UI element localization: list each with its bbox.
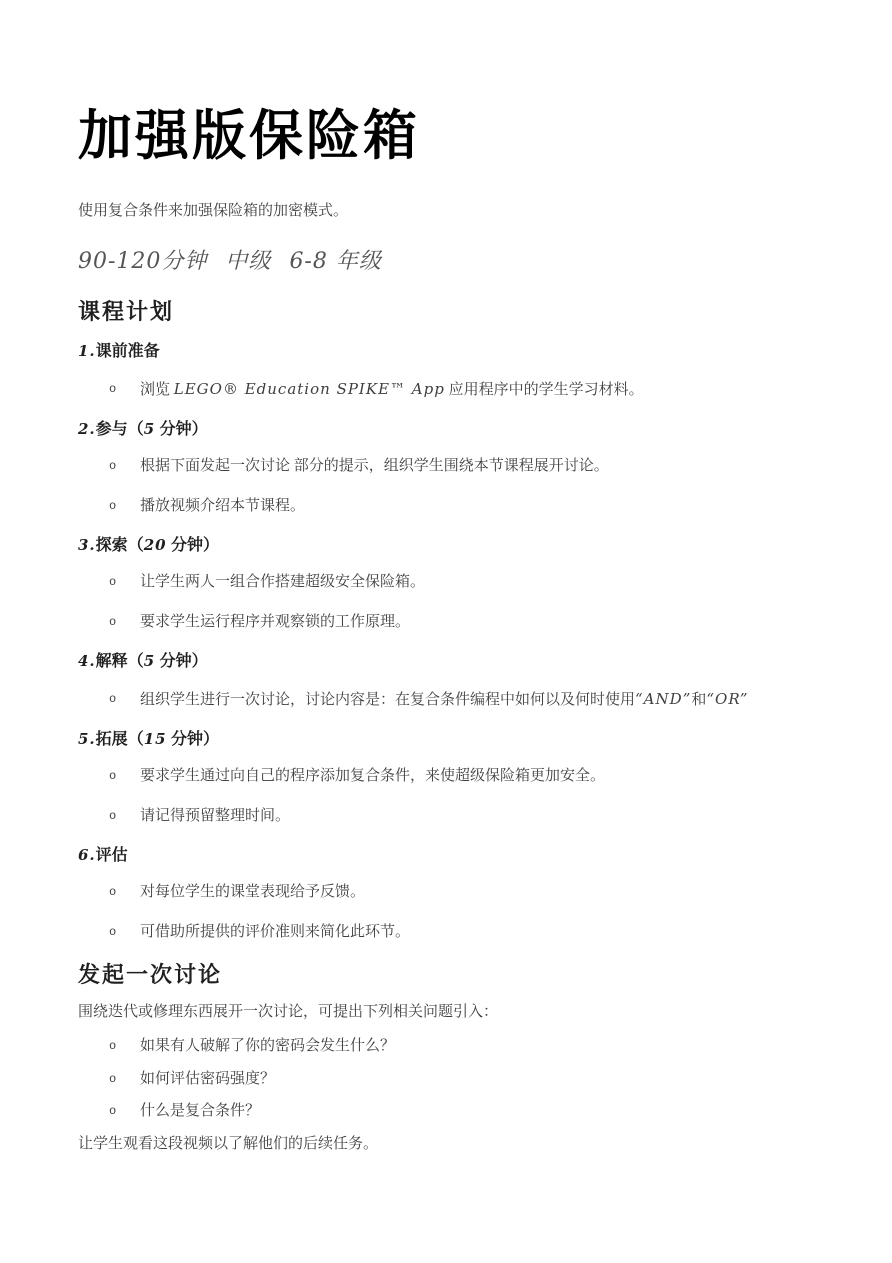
discussion-intro: 围绕迭代或修理东西展开一次讨论，可提出下列相关问题引入： (78, 1003, 814, 1023)
bullet-text: 可借助所提供的评价准则来简化此环节。 (140, 923, 814, 943)
lesson-step-1: 1.课前准备 o浏览 LEGO® Education SPIKE™ App 应用… (78, 342, 814, 400)
step-number: 6. (78, 846, 96, 864)
keyword-or: “OR” (706, 690, 748, 708)
bullet-text: 浏览 LEGO® Education SPIKE™ App 应用程序中的学生学习… (140, 380, 814, 401)
bullet-marker: o (78, 613, 140, 633)
bullet-item: o组织学生进行一次讨论，讨论内容是：在复合条件编程中如何以及何时使用“AND”和… (78, 690, 814, 711)
lesson-meta: 90-120分钟中级6-8 年级 (78, 244, 814, 275)
lesson-step-6: 6.评估 o对每位学生的课堂表现给予反馈。 o可借助所提供的评价准则来简化此环节… (78, 846, 814, 942)
lesson-step-5: 5.拓展（15 分钟） o要求学生通过向自己的程序添加复合条件，来使超级保险箱更… (78, 730, 814, 826)
bullet-marker: o (78, 690, 140, 711)
meta-duration: 90-120分钟 (78, 249, 207, 274)
bullet-text: 根据下面发起一次讨论 部分的提示，组织学生围绕本节课程展开讨论。 (140, 457, 814, 477)
step-label: 课前准备 (96, 343, 160, 360)
bullet-item: o对每位学生的课堂表现给予反馈。 (78, 883, 814, 903)
step-title: 2.参与（5 分钟） (78, 420, 814, 439)
bullet-marker: o (78, 497, 140, 517)
bullet-text: 要求学生运行程序并观察锁的工作原理。 (140, 613, 814, 633)
bullet-marker: o (78, 457, 140, 477)
step-label: 拓展 (96, 731, 128, 748)
bullet-marker: o (78, 1037, 140, 1057)
meta-level: 中级 (225, 249, 271, 274)
step-number: 3. (78, 536, 96, 554)
step-number: 2. (78, 420, 96, 438)
step-label: 参与 (96, 421, 128, 438)
bullet-text: 播放视频介绍本节课程。 (140, 497, 814, 517)
brand-text: LEGO® Education SPIKE™ App (174, 380, 445, 398)
step-duration: 5 (144, 420, 155, 438)
step-number: 1. (78, 342, 96, 360)
step-title: 6.评估 (78, 846, 814, 865)
meta-grade: 6-8 年级 (289, 249, 381, 274)
step-number: 5. (78, 730, 96, 748)
document-subtitle: 使用复合条件来加强保险箱的加密模式。 (78, 202, 814, 222)
discussion-question: o什么是复合条件？ (78, 1102, 814, 1122)
bullet-text: 对每位学生的课堂表现给予反馈。 (140, 883, 814, 903)
discussion-outro: 让学生观看这段视频以了解他们的后续任务。 (78, 1135, 814, 1155)
bullet-text: 请记得预留整理时间。 (140, 807, 814, 827)
bullet-marker: o (78, 923, 140, 943)
bullet-text: 组织学生进行一次讨论，讨论内容是：在复合条件编程中如何以及何时使用“AND”和“… (140, 690, 814, 711)
step-duration: 5 (144, 652, 155, 670)
bullet-item: o播放视频介绍本节课程。 (78, 497, 814, 517)
bullet-marker: o (78, 573, 140, 593)
step-label: 评估 (96, 847, 128, 864)
step-number: 4. (78, 652, 96, 670)
bullet-text: 让学生两人一组合作搭建超级安全保险箱。 (140, 573, 814, 593)
bullet-item: o根据下面发起一次讨论 部分的提示，组织学生围绕本节课程展开讨论。 (78, 457, 814, 477)
step-title: 1.课前准备 (78, 342, 814, 361)
step-label: 探索 (96, 537, 128, 554)
bullet-item: o可借助所提供的评价准则来简化此环节。 (78, 923, 814, 943)
bullet-item: o请记得预留整理时间。 (78, 807, 814, 827)
document-title: 加强版保险箱 (78, 106, 814, 166)
step-duration: 15 (144, 730, 167, 748)
question-text: 如何评估密码强度？ (140, 1070, 814, 1090)
bullet-marker: o (78, 807, 140, 827)
bullet-marker: o (78, 1102, 140, 1122)
bullet-marker: o (78, 767, 140, 787)
bullet-marker: o (78, 883, 140, 903)
section-heading-discussion: 发起一次讨论 (78, 962, 814, 988)
lesson-step-4: 4.解释（5 分钟） o组织学生进行一次讨论，讨论内容是：在复合条件编程中如何以… (78, 652, 814, 710)
lesson-step-2: 2.参与（5 分钟） o根据下面发起一次讨论 部分的提示，组织学生围绕本节课程展… (78, 420, 814, 516)
bullet-item: o要求学生通过向自己的程序添加复合条件，来使超级保险箱更加安全。 (78, 767, 814, 787)
bullet-item: o让学生两人一组合作搭建超级安全保险箱。 (78, 573, 814, 593)
discussion-question: o如何评估密码强度？ (78, 1070, 814, 1090)
lesson-step-3: 3.探索（20 分钟） o让学生两人一组合作搭建超级安全保险箱。 o要求学生运行… (78, 536, 814, 632)
section-heading-lesson-plan: 课程计划 (78, 299, 814, 325)
discussion-question: o如果有人破解了你的密码会发生什么？ (78, 1037, 814, 1057)
step-label: 解释 (96, 653, 128, 670)
document-page: 加强版保险箱 使用复合条件来加强保险箱的加密模式。 90-120分钟中级6-8 … (0, 0, 892, 1263)
bullet-item: o浏览 LEGO® Education SPIKE™ App 应用程序中的学生学… (78, 380, 814, 401)
question-text: 如果有人破解了你的密码会发生什么？ (140, 1037, 814, 1057)
step-duration: 20 (144, 536, 167, 554)
question-text: 什么是复合条件？ (140, 1102, 814, 1122)
step-title: 4.解释（5 分钟） (78, 652, 814, 671)
bullet-marker: o (78, 1070, 140, 1090)
keyword-and: “AND” (635, 690, 691, 708)
step-title: 3.探索（20 分钟） (78, 536, 814, 555)
step-title: 5.拓展（15 分钟） (78, 730, 814, 749)
bullet-marker: o (78, 380, 140, 401)
bullet-item: o要求学生运行程序并观察锁的工作原理。 (78, 613, 814, 633)
bullet-text: 要求学生通过向自己的程序添加复合条件，来使超级保险箱更加安全。 (140, 767, 814, 787)
